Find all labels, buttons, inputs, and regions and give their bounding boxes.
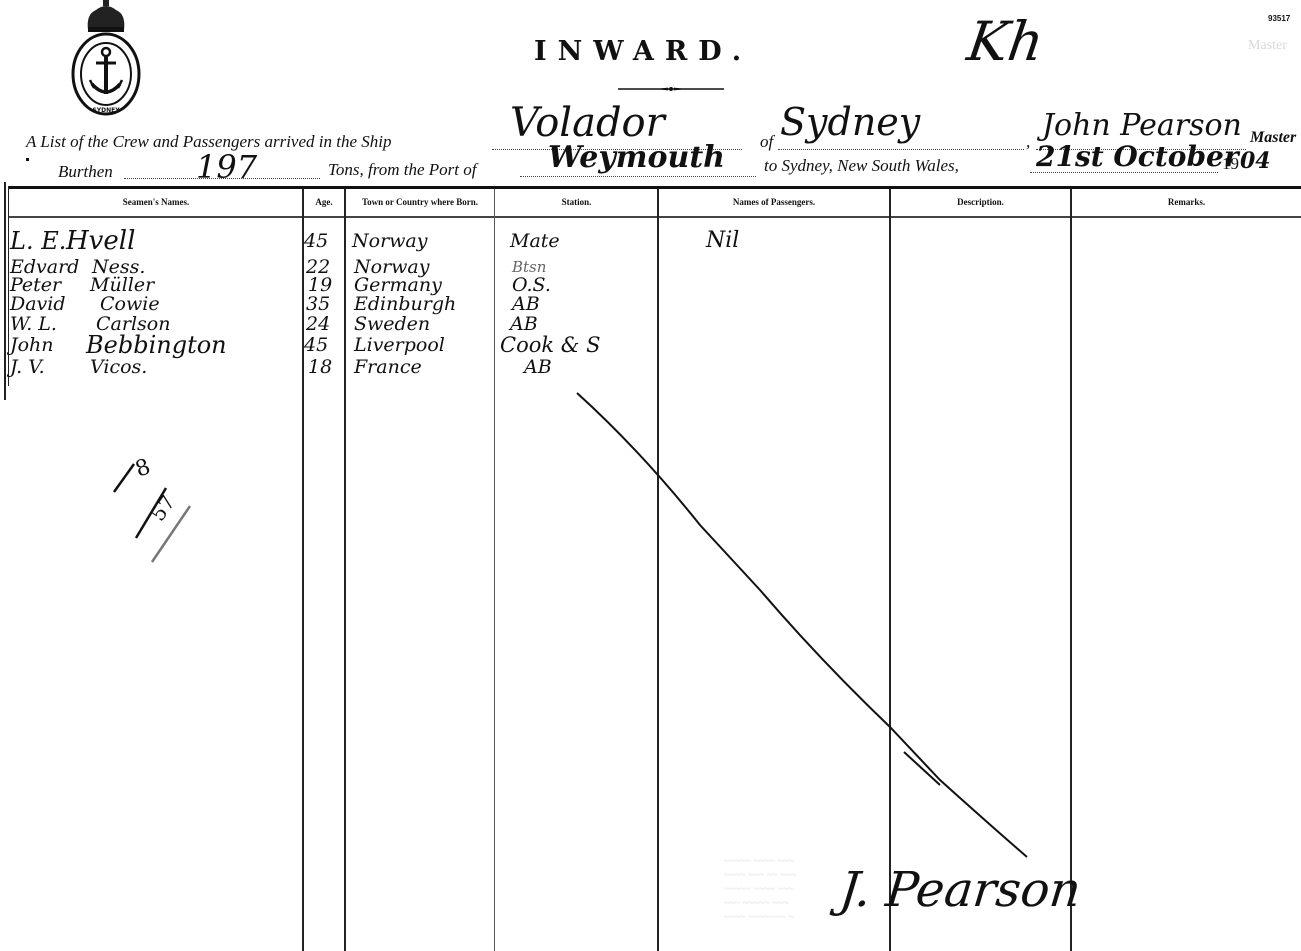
table-top-rule [8,186,1301,189]
seaman-last-name: Hvell [66,230,135,252]
seaman-birthplace: Edinburgh [354,293,456,315]
seaman-station: Cook & S [500,334,601,356]
column-header-station: Station. [496,192,657,212]
seaman-age: 18 [308,356,332,378]
marker-dot [26,158,29,161]
seaman-last-name: Vicos. [90,356,147,378]
seaman-birthplace: France [354,356,422,378]
tons-from-port-label: Tons, from the Port of [328,160,476,180]
column-header-passengers: Names of Passengers. [659,192,889,212]
shipping-master-anchor-crest-icon: SYDNEY [66,0,146,120]
seaman-first-name: L. E. [10,230,66,252]
column-divider-passengers [657,189,659,951]
seaman-station: AB [512,293,540,315]
arrival-year-handwritten: 04 [1240,148,1271,174]
seaman-station: Mate [510,230,560,252]
seaman-last-name: Bebbington [86,334,227,356]
seaman-station: AB [510,313,538,335]
initials-annotation: Kh [964,10,1048,73]
departure-port-field [520,176,756,177]
column-header-remarks: Remarks. [1072,192,1301,212]
seaman-birthplace: Sweden [354,313,430,335]
table-row: J. V. Vicos. 18 France AB [0,356,640,378]
seaman-first-name: John [10,334,54,356]
seaman-age: 45 [304,334,328,356]
seaman-birthplace: Liverpool [354,334,445,356]
seaman-first-name: W. L. [10,313,57,335]
table-header-rule [8,216,1301,218]
comma-separator: , [1026,132,1030,152]
column-header-birthplace: Town or Country where Born. [346,192,494,212]
column-divider-remarks [1070,189,1072,951]
seaman-first-name: J. V. [10,356,45,378]
bleed-through-text: Master [1248,38,1287,54]
seaman-last-name: Cowie [100,293,160,315]
table-row: John Bebbington 45 Liverpool Cook & S [0,334,640,356]
master-label: Master [1250,129,1296,147]
title-ornament-divider [618,78,724,82]
page-number: 93517 [1268,14,1290,23]
seaman-age: 35 [306,293,330,315]
tonnage-value: 197 [196,148,257,186]
departure-port-value: Weymouth [548,140,725,175]
seaman-birthplace: Norway [352,230,427,252]
svg-text:SYDNEY: SYDNEY [92,107,120,114]
home-port-value: Sydney [780,100,920,144]
column-header-age: Age. [304,192,344,212]
seaman-first-name: David [10,293,66,315]
burthen-label: Burthen [58,162,113,182]
seaman-age: 45 [304,230,328,252]
master-name-value: John Pearson [1042,108,1242,143]
shipping-master-crest: SYDNEY [66,0,146,120]
column-header-seamen-names: Seamen's Names. [10,192,302,212]
arrival-date-value: 21st October [1036,140,1239,173]
table-row: David Cowie 35 Edinburgh AB [0,293,640,315]
seaman-age: 24 [306,313,330,335]
column-divider-description [889,189,891,951]
master-signature: J. Pearson [837,862,1083,918]
form-title: INWARD. [534,36,752,67]
arrival-year-printed: 19 [1222,154,1239,174]
home-port-field [778,149,1024,150]
passengers-entry: Nil [706,228,739,253]
destination-label: to Sydney, New South Wales, [764,156,959,176]
seaman-station: AB [524,356,552,378]
of-label: of [760,132,773,152]
table-row: L. E. Hvell 45 Norway Mate [0,230,640,252]
column-header-description: Description. [891,192,1070,212]
